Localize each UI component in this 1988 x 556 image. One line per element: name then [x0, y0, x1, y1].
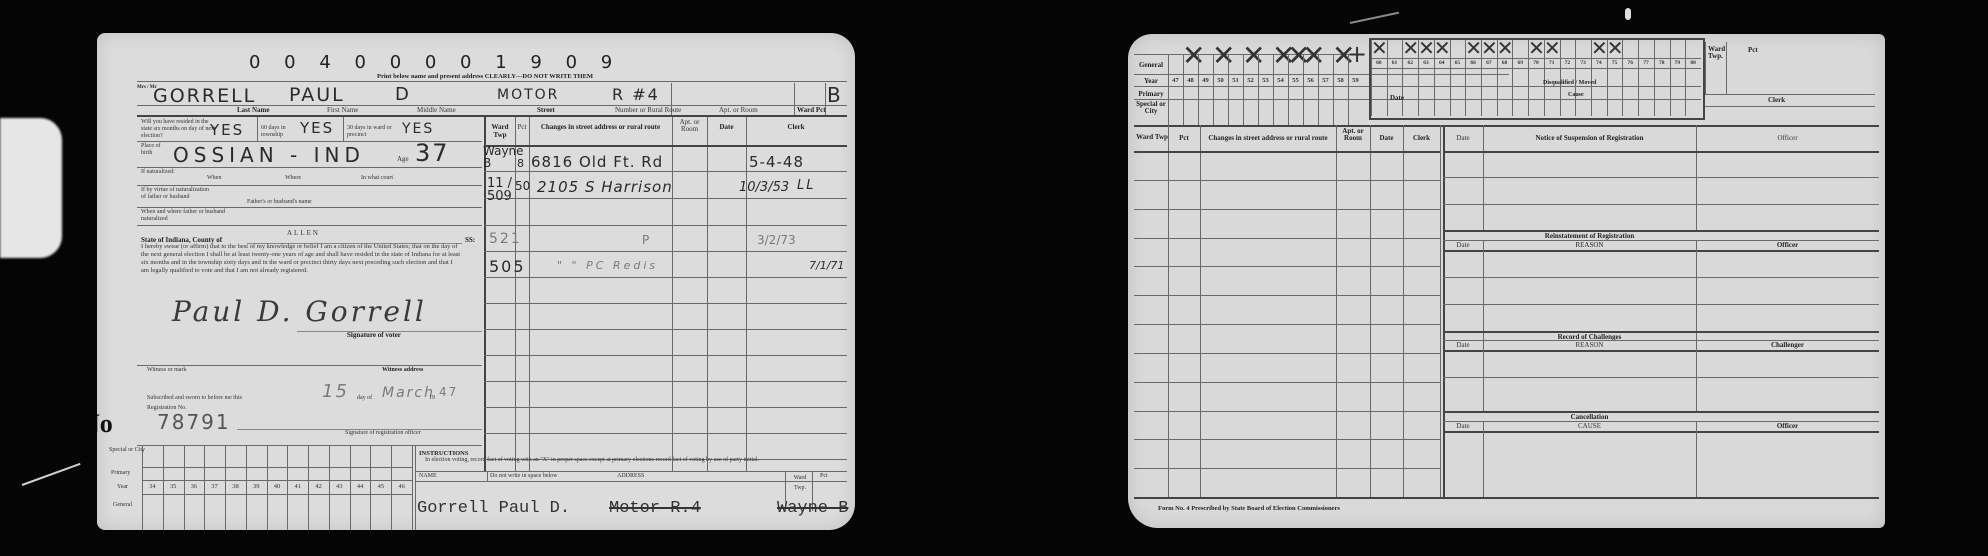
rc-row-year: Year [1136, 77, 1166, 85]
subscribed-year-label: 19 [429, 395, 435, 401]
row4-date: 7/1/71 [809, 259, 844, 272]
where-label: Where [285, 175, 301, 181]
year-cell: 57 [1318, 77, 1333, 84]
grid-line [1685, 40, 1686, 116]
reinstatement-col-reason: REASON [1483, 241, 1696, 249]
year-cell: 53 [1258, 77, 1273, 84]
rc-col-pct: Pct [1168, 134, 1200, 142]
typed-ward: Wayne B [777, 499, 848, 518]
year-cell: 73 [1575, 60, 1591, 66]
year-cell: 50 [1213, 77, 1228, 84]
vote-mark-x: ✕ [1465, 38, 1482, 58]
vote-mark-x: ✕ [1371, 38, 1388, 58]
rc-col-address: Changes in street address or rural route [1200, 134, 1336, 142]
subscribed-day: 15 [322, 381, 349, 402]
year-cell: 75 [1607, 60, 1623, 66]
ward-pct-value: B [827, 83, 843, 107]
row3-address: P [642, 233, 651, 247]
vote-mark-x: ✕ [1591, 38, 1608, 58]
grid-line [1198, 54, 1199, 125]
age-value: 37 [415, 139, 450, 167]
year-cell: 45 [370, 483, 391, 490]
table-row-divider [1134, 266, 1440, 267]
subscribed-label: Subscribed and sworn to before me this [147, 395, 242, 401]
year-cell: 72 [1560, 60, 1576, 66]
table-row-divider [1134, 382, 1440, 383]
rc-col-apt: Apt. or Room [1336, 128, 1370, 142]
rc-row-special: Special or City [1136, 101, 1166, 115]
voter-registration-card-front: 0 0 4 0 0 0 0 1 9 0 9 Print below name a… [97, 33, 855, 530]
rc-pct-label: Pct [1748, 46, 1758, 54]
year-cell: 36 [184, 483, 205, 490]
vote-mark-x: ✕ [1418, 38, 1435, 58]
witness-address-label: Witness address [382, 367, 423, 373]
col-header-clerk: Clerk [746, 123, 846, 131]
year-cell: 54 [1273, 77, 1288, 84]
suspension-col-date: Date [1443, 134, 1483, 142]
year-cell: 37 [204, 483, 225, 490]
q-township-value: YES [300, 119, 334, 137]
year-cell: 40 [267, 483, 288, 490]
registration-no: 78791 [157, 410, 231, 434]
grid-line [1638, 40, 1639, 116]
col-header-pct: Pct [515, 123, 529, 131]
year-cell: 47 [1168, 77, 1183, 84]
rc-annotation-date: Date [1390, 94, 1404, 102]
year-cell: 42 [308, 483, 329, 490]
witness-label: Witness or mark [147, 367, 186, 373]
label-number: Number or Rural Route [615, 106, 681, 114]
col-note: Do not write in space below [490, 473, 557, 479]
number-symbol: No [97, 409, 113, 439]
year-cell: 55 [1288, 77, 1303, 84]
table-row-divider [1134, 324, 1440, 325]
last-name-value: GORRELL [153, 85, 256, 107]
grid-line [1258, 54, 1259, 125]
reinstatement-title: Reinstatement of Registration [1483, 232, 1696, 240]
col-ward: Ward Twp. [790, 473, 810, 493]
vote-mark-x: ✕ [1434, 38, 1451, 58]
row1-address: 6816 Old Ft. Rd [531, 153, 663, 171]
year-cell: 79 [1670, 60, 1686, 66]
age-label: Age [397, 155, 409, 163]
row4-ward: 505 [489, 257, 526, 276]
form-footer: Form No. 4 Prescribed by State Board of … [1158, 505, 1340, 512]
label-first-name: First Name [327, 106, 358, 114]
voter-signature: Paul D. Gorrell [172, 295, 427, 328]
table-row-divider [1134, 180, 1440, 181]
grid-line [1575, 40, 1576, 116]
scan-artifact-dot [1625, 8, 1631, 20]
year-cell: 69 [1512, 60, 1528, 66]
rc-row-primary: Primary [1136, 90, 1166, 98]
challenges-col-date: Date [1443, 341, 1483, 349]
birth-label: Place of birth [141, 143, 171, 157]
row3-date: 3/2/73 [757, 233, 796, 247]
grid-line [1450, 40, 1451, 116]
year-cell: 38 [225, 483, 246, 490]
vote-mark-x: ✕ [1481, 38, 1498, 58]
year-cell: 63 [1418, 60, 1434, 66]
q-state-label: Will you have resided in the state six m… [141, 119, 221, 140]
rc-col-clerk: Clerk [1403, 134, 1440, 142]
cancellation-title: Cancellation [1483, 413, 1696, 421]
vote-mark-x: ✕ [1544, 38, 1561, 58]
year-cell: 74 [1591, 60, 1607, 66]
year-cell: 71 [1544, 60, 1560, 66]
vote-mark-x: ✕ [1607, 38, 1624, 58]
table-row-divider [1134, 295, 1440, 296]
year-cell: 48 [1183, 77, 1198, 84]
scan-artifact-blob [0, 118, 62, 258]
vote-mark-x: ✕ [1402, 38, 1419, 58]
row2-address: 2105 S Harrison [537, 178, 673, 196]
row-label-primary: Primary [111, 470, 130, 476]
year-cell: 39 [246, 483, 267, 490]
grid-line [1622, 40, 1623, 116]
col-header-ward: Ward Twp [485, 123, 515, 139]
year-cell: 34 [142, 483, 163, 490]
row1-pct: 8 [517, 157, 526, 170]
rc-col-date: Date [1370, 134, 1403, 142]
oath-text: I hereby swear (or affirm) that to the b… [141, 243, 461, 275]
grid-line [1560, 40, 1561, 116]
rural-route-value: R #4 [612, 85, 660, 104]
label-apt: Apt. or Room [719, 106, 758, 114]
year-cell: 76 [1622, 60, 1638, 66]
serial-number: 0 0 4 0 0 0 0 1 9 0 9 [249, 52, 621, 73]
street-value: MOTOR [497, 87, 559, 103]
officer-signature-label: Signature of registration officer [345, 430, 421, 436]
year-cell: 67 [1481, 60, 1497, 66]
year-cell: 60 [1371, 60, 1387, 66]
col-header-date: Date [707, 123, 746, 131]
subscribed-month-label: day of [357, 395, 372, 401]
table-row-divider [1134, 411, 1440, 412]
row2-date: 10/3/53 [739, 180, 789, 195]
year-cell: 56 [1303, 77, 1318, 84]
year-cell: 78 [1654, 60, 1670, 66]
suspension-col-officer: Officer [1696, 134, 1879, 142]
father-label: If by virtue of naturalization of father… [141, 187, 211, 200]
grid-line [1387, 40, 1388, 116]
row1-date: 5-4-48 [749, 153, 804, 171]
table-row-divider [1134, 238, 1440, 239]
typed-address: Motor R.4 [609, 499, 701, 518]
top-instruction: Print below name and present address CLE… [377, 73, 593, 80]
grid-line [1318, 54, 1319, 125]
col-header-apt: Apt. or Room [672, 119, 707, 133]
row2-clerk: LL [797, 178, 816, 193]
row3-ward: 521 [489, 231, 522, 247]
instructions-title: INSTRUCTIONS [419, 450, 469, 457]
court-label: In what court [361, 175, 393, 181]
vote-mark-x: ✕ [1497, 38, 1514, 58]
year-cell: 44 [350, 483, 371, 490]
row2-pct: 50 [515, 179, 530, 193]
rc-row-general: General [1136, 61, 1166, 69]
birth-value: OSSIAN - IND [173, 143, 365, 167]
year-cell: 70 [1528, 60, 1544, 66]
row-label-year: Year [117, 484, 128, 490]
grid-line [1670, 40, 1671, 116]
subscribed-year: 47 [439, 385, 458, 399]
typed-name: Gorrell Paul D. [417, 499, 570, 518]
label-middle-name: Middle Name [417, 106, 456, 114]
label-ward: Ward Pct [797, 106, 826, 114]
year-cell: 58 [1333, 77, 1348, 84]
cancellation-col-date: Date [1443, 422, 1483, 430]
rc-annotation-cause: Cause [1568, 92, 1584, 98]
scan-artifact-scratch [22, 463, 81, 486]
first-name-value: PAUL [289, 84, 345, 106]
vote-mark-x: ✕ [1302, 42, 1325, 70]
row-label-special: Special or City [109, 447, 145, 454]
row2-ward: 11 / 509 [487, 177, 515, 203]
q-state-value: YES [210, 121, 244, 139]
row1-ward: Wayne B [483, 145, 517, 169]
instructions-text: In election voting, record fact of votin… [425, 457, 835, 464]
scan-artifact-scratch [1350, 12, 1399, 24]
year-cell: 64 [1434, 60, 1450, 66]
label-street: Street [537, 106, 555, 114]
middle-name-value: D [395, 84, 411, 105]
cancellation-col-officer: Officer [1696, 422, 1879, 430]
rc-ward-label: Ward Twp. [1708, 46, 1726, 60]
year-cell: 35 [163, 483, 184, 490]
col-header-address: Changes in street address or rural route [529, 123, 672, 131]
cancellation-col-cause: CAUSE [1483, 422, 1696, 430]
table-row-divider [1134, 353, 1440, 354]
year-cell: 65 [1450, 60, 1466, 66]
reinstatement-col-date: Date [1443, 241, 1483, 249]
grid-line [1168, 54, 1169, 125]
when-label: When [207, 175, 221, 181]
voter-registration-card-back: General Year Primary Special or City 474… [1128, 34, 1885, 528]
rc-annotation-disqualified: Disqualified / Moved [1543, 80, 1596, 86]
year-cell: 51 [1228, 77, 1243, 84]
suspension-col-notice: Notice of Suspension of Registration [1483, 134, 1696, 142]
signature-label: Signature of voter [347, 331, 401, 339]
row-label-general: General [113, 502, 132, 508]
when-where-label: When and where father or husband natural… [141, 209, 241, 222]
naturalized-label: If naturalized: [141, 169, 175, 175]
row4-address: " " PC Redis [557, 259, 658, 272]
vote-mark-x: ✕ [1242, 42, 1265, 70]
q-ward-value: YES [402, 121, 434, 137]
rc-clerk-label: Clerk [1768, 96, 1785, 104]
col-pct: Pct [820, 473, 828, 479]
challenges-col-challenger: Challenger [1696, 341, 1879, 349]
grid-line [1512, 40, 1513, 116]
subscribed-month: March [382, 385, 435, 401]
vote-mark-x: + [1347, 42, 1367, 66]
year-cell: 77 [1638, 60, 1654, 66]
year-cell: 49 [1198, 77, 1213, 84]
year-cell: 62 [1402, 60, 1418, 66]
county-value: ALLEN [287, 229, 320, 237]
year-cell: 66 [1465, 60, 1481, 66]
vote-mark-x: ✕ [1182, 42, 1205, 70]
label-last-name: Last Name [237, 106, 269, 114]
year-cell: 46 [391, 483, 412, 490]
vote-mark-x: ✕ [1212, 42, 1235, 70]
grid-line [1228, 54, 1229, 125]
year-cell: 80 [1685, 60, 1701, 66]
col-name: NAME [419, 473, 437, 479]
year-cell: 52 [1243, 77, 1258, 84]
grid-line [1654, 40, 1655, 116]
challenges-col-reason: REASON [1483, 341, 1696, 349]
rc-col-ward: Ward Twp [1136, 134, 1168, 141]
year-cell: 68 [1497, 60, 1513, 66]
table-row-divider [1134, 209, 1440, 210]
year-cell: 61 [1387, 60, 1403, 66]
col-address: ADDRESS [617, 473, 644, 479]
year-cell: 59 [1348, 77, 1363, 84]
vote-mark-x: ✕ [1528, 38, 1545, 58]
reinstatement-col-officer: Officer [1696, 241, 1879, 249]
table-row-divider [1134, 439, 1440, 440]
q-ward-label: 30 days in ward or precinct [347, 125, 405, 139]
ss-label: SS: [465, 236, 475, 244]
table-row-divider [1134, 468, 1440, 469]
year-cell: 41 [287, 483, 308, 490]
year-cell: 43 [329, 483, 350, 490]
father-name-label: Father's or husband's name [247, 199, 312, 205]
